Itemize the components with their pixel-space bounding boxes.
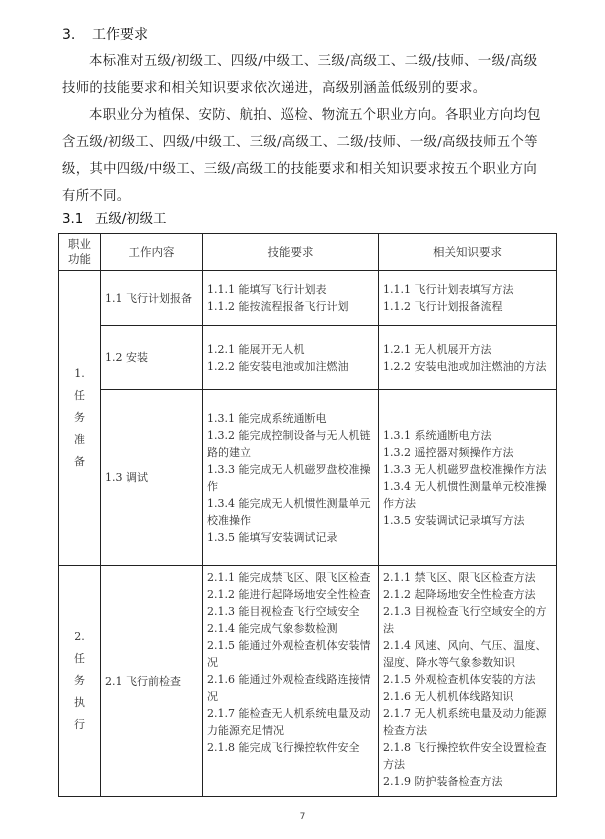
header-content: 工作内容 bbox=[101, 234, 203, 271]
function-cell: 1.任务准备 bbox=[59, 271, 101, 566]
table-header-row: 职业功能 工作内容 技能要求 相关知识要求 bbox=[59, 234, 557, 271]
skills-cell: 1.2.1 能展开无人机 1.2.2 能安装电池或加注燃油 bbox=[203, 326, 379, 390]
skills-cell: 1.1.1 能填写飞行计划表 1.1.2 能按流程报备飞行计划 bbox=[203, 271, 379, 326]
knowledge-cell: 1.1.1 飞行计划表填写方法 1.1.2 飞行计划报备流程 bbox=[379, 271, 557, 326]
subsection-heading: 3.1五级/初级工 bbox=[62, 208, 166, 227]
function-cell: 2.任务执行 bbox=[59, 566, 101, 797]
paragraph-levels: 本标准对五级/初级工、四级/中级工、三级/高级工、二级/技师、一级/高级技师的技… bbox=[62, 48, 550, 102]
knowledge-cell: 1.3.1 系统通断电方法 1.3.2 遥控器对频操作方法 1.3.3 无人机磁… bbox=[379, 390, 557, 566]
header-knowledge: 相关知识要求 bbox=[379, 234, 557, 271]
subsection-title: 五级/初级工 bbox=[95, 212, 166, 227]
function-label: 1.任务准备 bbox=[73, 363, 87, 473]
work-content-cell: 2.1 飞行前检查 bbox=[101, 566, 203, 797]
work-content-cell: 1.1 飞行计划报备 bbox=[101, 271, 203, 326]
skills-cell: 1.3.1 能完成系统通断电 1.3.2 能完成控制设备与无人机链路的建立 1.… bbox=[203, 390, 379, 566]
table-row: 2.任务执行 2.1 飞行前检查 2.1.1 能完成禁飞区、限飞区检查 2.1.… bbox=[59, 566, 557, 797]
work-content-cell: 1.3 调试 bbox=[101, 390, 203, 566]
work-content-cell: 1.2 安装 bbox=[101, 326, 203, 390]
subsection-number: 3.1 bbox=[62, 212, 95, 227]
section-number: 3. bbox=[62, 27, 92, 43]
header-skills: 技能要求 bbox=[203, 234, 379, 271]
section-title: 工作要求 bbox=[92, 27, 148, 43]
requirements-table: 职业功能 工作内容 技能要求 相关知识要求 1.任务准备 1.1 飞行计划报备 … bbox=[58, 233, 557, 797]
table-row: 1.2 安装 1.2.1 能展开无人机 1.2.2 能安装电池或加注燃油 1.2… bbox=[59, 326, 557, 390]
skills-cell: 2.1.1 能完成禁飞区、限飞区检查 2.1.2 能进行起降场地安全性检查 2.… bbox=[203, 566, 379, 797]
function-label: 2.任务执行 bbox=[73, 626, 87, 736]
header-function: 职业功能 bbox=[59, 234, 101, 271]
document-page: 3.工作要求 本标准对五级/初级工、四级/中级工、三级/高级工、二级/技师、一级… bbox=[0, 0, 605, 839]
table-row: 1.3 调试 1.3.1 能完成系统通断电 1.3.2 能完成控制设备与无人机链… bbox=[59, 390, 557, 566]
paragraph-directions: 本职业分为植保、安防、航拍、巡检、物流五个职业方向。各职业方向均包含五级/初级工… bbox=[62, 102, 550, 210]
section-heading: 3.工作要求 bbox=[62, 24, 148, 44]
knowledge-cell: 2.1.1 禁飞区、限飞区检查方法 2.1.2 起降场地安全性检查方法 2.1.… bbox=[379, 566, 557, 797]
page-number: 7 bbox=[0, 812, 605, 822]
knowledge-cell: 1.2.1 无人机展开方法 1.2.2 安装电池或加注燃油的方法 bbox=[379, 326, 557, 390]
table-row: 1.任务准备 1.1 飞行计划报备 1.1.1 能填写飞行计划表 1.1.2 能… bbox=[59, 271, 557, 326]
